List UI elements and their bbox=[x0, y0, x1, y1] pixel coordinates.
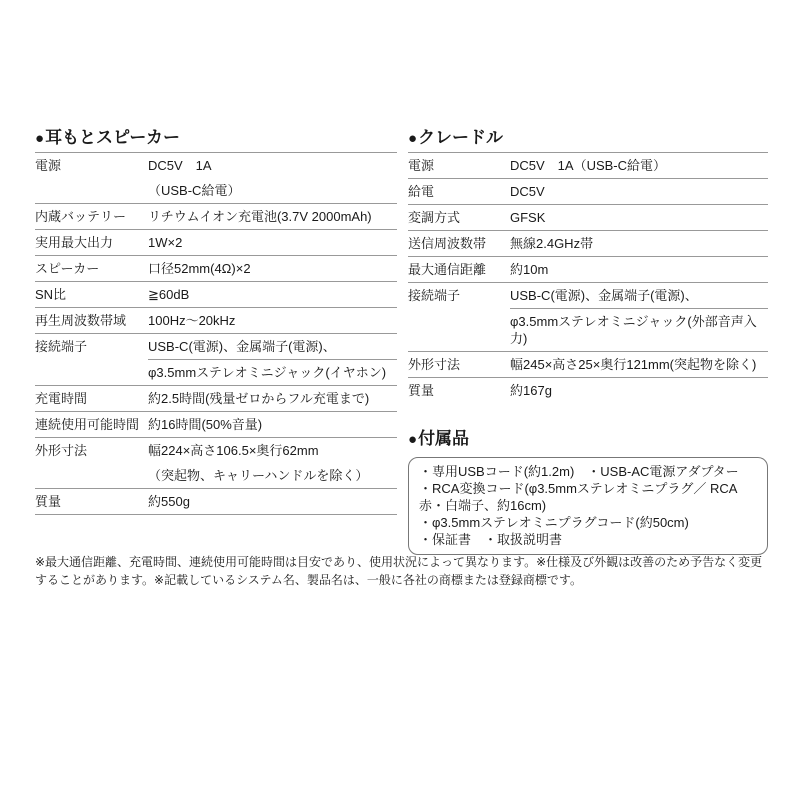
spec-row-label: 質量 bbox=[408, 378, 510, 403]
accessory-item: ・保証書 ・取扱説明書 bbox=[419, 531, 757, 548]
accessories-box: ・専用USBコード(約1.2m) ・USB-AC電源アダプター・RCA変換コード… bbox=[408, 457, 768, 555]
spec-value-line: 約167g bbox=[510, 378, 768, 403]
cradle-spec-column: ●クレードル 電源DC5V 1A（USB-C給電）給電DC5V変調方式GFSK送… bbox=[408, 128, 768, 555]
spec-row-value: 約550g bbox=[148, 489, 397, 514]
spec-row-label: SN比 bbox=[35, 282, 148, 307]
spec-row: 接続端子USB-C(電源)、金属端子(電源)、φ3.5mmステレオミニジャック(… bbox=[35, 334, 397, 386]
spec-value-line: DC5V 1A bbox=[148, 153, 397, 178]
spec-row: 実用最大出力1W×2 bbox=[35, 230, 397, 256]
accessory-item: ・RCA変換コード(φ3.5mmステレオミニプラグ／ RCA赤・白端子、約16c… bbox=[419, 480, 757, 514]
spec-value-line: リチウムイオン充電池(3.7V 2000mAh) bbox=[148, 204, 397, 229]
spec-value-line: 100Hz～20kHz bbox=[148, 308, 397, 333]
spec-row-label: 連続使用可能時間 bbox=[35, 412, 148, 437]
spec-row-label: 接続端子 bbox=[408, 283, 510, 351]
spec-row-value: 100Hz～20kHz bbox=[148, 308, 397, 333]
spec-row-label: 内蔵バッテリー bbox=[35, 204, 148, 229]
spec-row: スピーカー口径52mm(4Ω)×2 bbox=[35, 256, 397, 282]
spec-row-label: 実用最大出力 bbox=[35, 230, 148, 255]
spec-row-label: 送信周波数帯 bbox=[408, 231, 510, 256]
spec-row-value: リチウムイオン充電池(3.7V 2000mAh) bbox=[148, 204, 397, 229]
spec-value-line: USB-C(電源)、金属端子(電源)、 bbox=[148, 334, 397, 359]
spec-row: 充電時間約2.5時間(残量ゼロからフル充電まで) bbox=[35, 386, 397, 412]
spec-value-line: 幅245×高さ25×奥行121mm(突起物を除く) bbox=[510, 352, 768, 377]
spec-row-label: 接続端子 bbox=[35, 334, 148, 385]
spec-value-line: 約10m bbox=[510, 257, 768, 282]
spec-row-label: 再生周波数帯域 bbox=[35, 308, 148, 333]
spec-value-line: 無線2.4GHz帯 bbox=[510, 231, 768, 256]
spec-row: 再生周波数帯域100Hz～20kHz bbox=[35, 308, 397, 334]
spec-value-line: 1W×2 bbox=[148, 230, 397, 255]
spec-row-value: 約2.5時間(残量ゼロからフル充電まで) bbox=[148, 386, 397, 411]
spec-value-line: GFSK bbox=[510, 205, 768, 230]
spec-row: 質量約167g bbox=[408, 378, 768, 403]
footnote-text: ※最大通信距離、充電時間、連続使用可能時間は目安であり、使用状況によって異なりま… bbox=[35, 553, 771, 589]
section-title-text: 付属品 bbox=[418, 429, 469, 448]
spec-row: 給電DC5V bbox=[408, 179, 768, 205]
spec-row-value: 約167g bbox=[510, 378, 768, 403]
spec-value-line: φ3.5mmステレオミニジャック(イヤホン) bbox=[148, 359, 397, 385]
spec-row-label: 最大通信距離 bbox=[408, 257, 510, 282]
accessory-item: ・専用USBコード(約1.2m) ・USB-AC電源アダプター bbox=[419, 463, 757, 480]
spec-value-line: 口径52mm(4Ω)×2 bbox=[148, 256, 397, 281]
spec-row-value: ≧60dB bbox=[148, 282, 397, 307]
spec-value-line: DC5V bbox=[510, 179, 768, 204]
spec-row-label: 充電時間 bbox=[35, 386, 148, 411]
spec-value-line: USB-C(電源)、金属端子(電源)、 bbox=[510, 283, 768, 308]
spec-row-value: DC5V 1A（USB-C給電） bbox=[510, 153, 768, 178]
section-title-accessories: ●付属品 bbox=[408, 429, 768, 453]
spec-row-value: 無線2.4GHz帯 bbox=[510, 231, 768, 256]
spec-value-line: 幅224×高さ106.5×奥行62mm bbox=[148, 438, 397, 463]
spec-row: 電源DC5V 1A（USB-C給電） bbox=[408, 153, 768, 179]
spec-row-label: 電源 bbox=[408, 153, 510, 178]
spec-row: 質量約550g bbox=[35, 489, 397, 515]
spec-row-label: 電源 bbox=[35, 153, 148, 203]
bullet-icon: ● bbox=[35, 130, 44, 147]
cradle-spec-table: 電源DC5V 1A（USB-C給電）給電DC5V変調方式GFSK送信周波数帯無線… bbox=[408, 153, 768, 403]
spec-row-value: USB-C(電源)、金属端子(電源)、φ3.5mmステレオミニジャック(外部音声… bbox=[510, 283, 768, 351]
spec-row-value: DC5V 1A（USB-C給電） bbox=[148, 153, 397, 203]
spec-value-line: （USB-C給電） bbox=[148, 178, 397, 203]
spec-value-line: DC5V 1A（USB-C給電） bbox=[510, 153, 768, 178]
spec-row: 電源DC5V 1A（USB-C給電） bbox=[35, 153, 397, 204]
bullet-icon: ● bbox=[408, 130, 417, 147]
bullet-icon: ● bbox=[408, 431, 417, 448]
spec-row-value: 約10m bbox=[510, 257, 768, 282]
spec-value-line: （突起物、キャリーハンドルを除く） bbox=[148, 463, 397, 488]
section-title-text: クレードル bbox=[418, 128, 503, 147]
spec-row: 連続使用可能時間約16時間(50%音量) bbox=[35, 412, 397, 438]
spec-row-value: GFSK bbox=[510, 205, 768, 230]
spec-value-line: φ3.5mmステレオミニジャック(外部音声入力) bbox=[510, 308, 768, 351]
spec-row-value: DC5V bbox=[510, 179, 768, 204]
section-title-speaker: ●耳もとスピーカー bbox=[35, 128, 397, 153]
spec-row-label: 変調方式 bbox=[408, 205, 510, 230]
spec-row-value: 約16時間(50%音量) bbox=[148, 412, 397, 437]
spec-row-label: 外形寸法 bbox=[408, 352, 510, 377]
spec-value-line: 約16時間(50%音量) bbox=[148, 412, 397, 437]
spec-row: 外形寸法幅245×高さ25×奥行121mm(突起物を除く) bbox=[408, 352, 768, 378]
spec-row: 接続端子USB-C(電源)、金属端子(電源)、φ3.5mmステレオミニジャック(… bbox=[408, 283, 768, 352]
spec-row-label: スピーカー bbox=[35, 256, 148, 281]
spec-row-value: 口径52mm(4Ω)×2 bbox=[148, 256, 397, 281]
spec-row-value: USB-C(電源)、金属端子(電源)、φ3.5mmステレオミニジャック(イヤホン… bbox=[148, 334, 397, 385]
accessory-item: ・φ3.5mmステレオミニプラグコード(約50cm) bbox=[419, 514, 757, 531]
spec-row-value: 1W×2 bbox=[148, 230, 397, 255]
spec-row-label: 外形寸法 bbox=[35, 438, 148, 488]
spec-row: 変調方式GFSK bbox=[408, 205, 768, 231]
section-title-cradle: ●クレードル bbox=[408, 128, 768, 153]
spec-row: 送信周波数帯無線2.4GHz帯 bbox=[408, 231, 768, 257]
spec-row-value: 幅245×高さ25×奥行121mm(突起物を除く) bbox=[510, 352, 768, 377]
product-spec-sheet: ●耳もとスピーカー 電源DC5V 1A（USB-C給電）内蔵バッテリーリチウムイ… bbox=[0, 0, 800, 800]
spec-value-line: 約550g bbox=[148, 489, 397, 514]
spec-row-label: 給電 bbox=[408, 179, 510, 204]
spec-value-line: 約2.5時間(残量ゼロからフル充電まで) bbox=[148, 386, 397, 411]
speaker-spec-column: ●耳もとスピーカー 電源DC5V 1A（USB-C給電）内蔵バッテリーリチウムイ… bbox=[35, 128, 397, 515]
spec-row: SN比≧60dB bbox=[35, 282, 397, 308]
spec-value-line: ≧60dB bbox=[148, 282, 397, 307]
section-title-text: 耳もとスピーカー bbox=[45, 128, 180, 147]
spec-row: 外形寸法幅224×高さ106.5×奥行62mm（突起物、キャリーハンドルを除く） bbox=[35, 438, 397, 489]
spec-row-value: 幅224×高さ106.5×奥行62mm（突起物、キャリーハンドルを除く） bbox=[148, 438, 397, 488]
spec-row-label: 質量 bbox=[35, 489, 148, 514]
spec-row: 内蔵バッテリーリチウムイオン充電池(3.7V 2000mAh) bbox=[35, 204, 397, 230]
speaker-spec-table: 電源DC5V 1A（USB-C給電）内蔵バッテリーリチウムイオン充電池(3.7V… bbox=[35, 153, 397, 515]
spec-row: 最大通信距離約10m bbox=[408, 257, 768, 283]
